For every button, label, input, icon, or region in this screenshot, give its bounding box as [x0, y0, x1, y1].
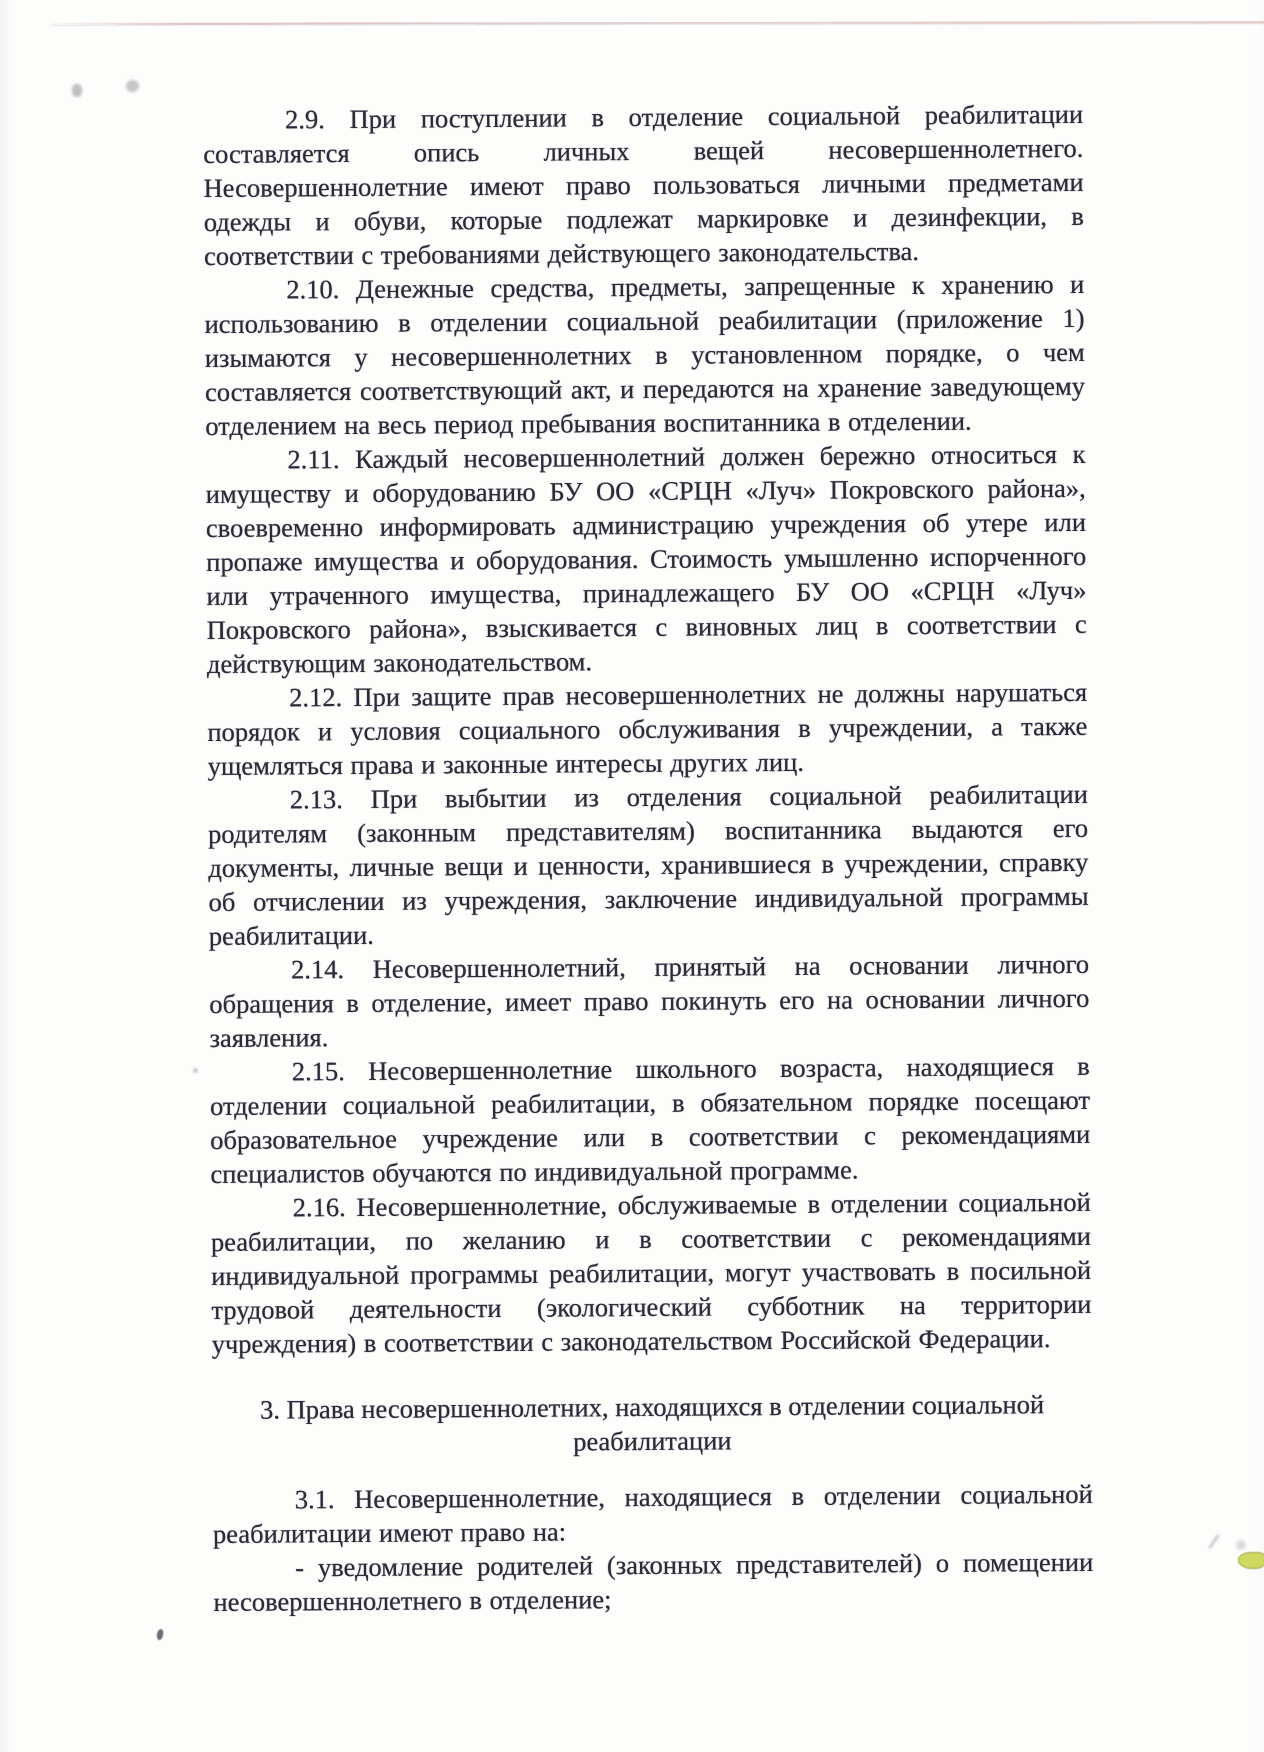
paragraph-2-16: 2.16. Несовершеннолетние, обслуживаемые … [211, 1185, 1092, 1361]
paragraph-2-15: 2.15. Несовершеннолетние школьного возра… [210, 1049, 1091, 1191]
ink-speck [156, 1628, 164, 1640]
paragraph-2-12: 2.12. При защите прав несовершеннолетних… [207, 675, 1088, 783]
paragraph-3-1: 3.1. Несовершеннолетние, находящиеся в о… [213, 1477, 1093, 1551]
paragraph-2-9: 2.9. При поступлении в отделение социаль… [203, 97, 1084, 273]
scan-speck [193, 1068, 198, 1073]
scan-edge-line [52, 21, 1264, 25]
scan-speck [126, 80, 139, 92]
section-3-heading-line2: реабилитации [212, 1421, 1092, 1461]
document-text-block: 2.9. При поступлении в отделение социаль… [203, 97, 1094, 1619]
scan-speck [72, 84, 82, 97]
section-3-heading-line1: 3. Права несовершеннолетних, находящихся… [212, 1387, 1092, 1427]
scan-smudge [1236, 1540, 1246, 1550]
scanned-document-page: 2.9. При поступлении в отделение социаль… [0, 0, 1264, 1752]
section-3-heading: 3. Права несовершеннолетних, находящихся… [212, 1387, 1092, 1461]
scan-smudge [1208, 1534, 1220, 1549]
paragraph-2-11: 2.11. Каждый несовершеннолетний должен б… [205, 437, 1087, 681]
bullet-item-parent-notification: - уведомление родителей (законных предст… [213, 1545, 1093, 1619]
paragraph-2-10: 2.10. Денежные средства, предметы, запре… [204, 267, 1085, 443]
paragraph-2-14: 2.14. Несовершеннолетний, принятый на ос… [209, 947, 1090, 1055]
paragraph-2-13: 2.13. При выбытии из отделения социально… [208, 777, 1089, 953]
green-marker-mark [1238, 1552, 1264, 1569]
